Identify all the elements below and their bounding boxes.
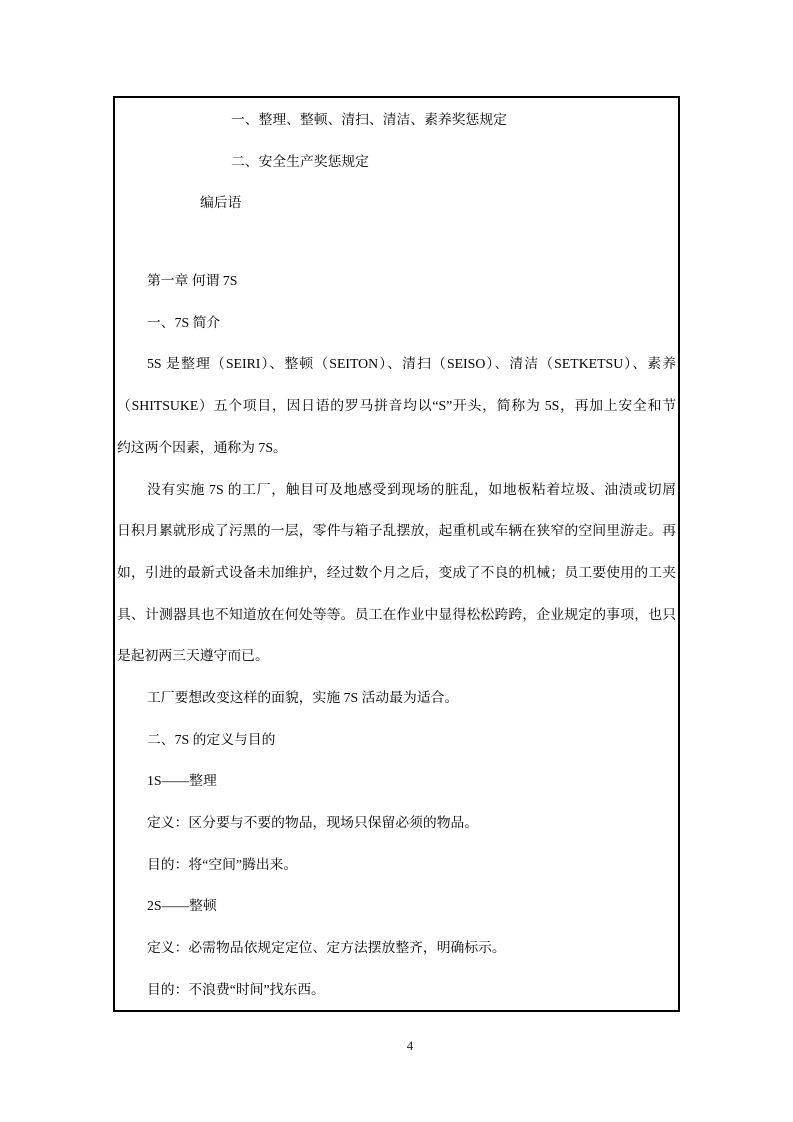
intro-paragraph-line-3: 约这两个因素，通称为 7S。 (117, 427, 676, 469)
conclusion-line: 工厂要想改变这样的面貌，实施 7S 活动最为适合。 (117, 677, 676, 719)
problem-paragraph-line-2: 日积月累就形成了污黑的一层，零件与箱子乱摆放，起重机或车辆在狭窄的空间里游走。再 (117, 510, 676, 552)
page-number: 4 (0, 1036, 793, 1056)
section-2-heading: 二、7S 的定义与目的 (117, 719, 676, 761)
document-page: 一、整理、整顿、清扫、清洁、素养奖惩规定 二、安全生产奖惩规定 编后语 第一章 … (0, 0, 793, 1122)
problem-paragraph-line-3: 如，引进的最新式设备未加维护，经过数个月之后，变成了不良的机械；员工要使用的工夹 (117, 552, 676, 594)
toc-item-1: 一、整理、整顿、清扫、清洁、素养奖惩规定 (117, 99, 676, 141)
s2-definition: 定义：必需物品依规定定位、定方法摆放整齐，明确标示。 (117, 927, 676, 969)
s1-purpose: 目的：将“空间”腾出来。 (117, 844, 676, 886)
content-border-box: 一、整理、整顿、清扫、清洁、素养奖惩规定 二、安全生产奖惩规定 编后语 第一章 … (113, 96, 680, 1012)
problem-paragraph-line-5: 是起初两三天遵守而已。 (117, 635, 676, 677)
afterword-heading: 编后语 (117, 182, 676, 224)
s2-purpose: 目的：不浪费“时间”找东西。 (117, 969, 676, 1011)
intro-paragraph-line-1: 5S 是整理（SEIRI）、整顿（SEITON）、清扫（SEISO）、清洁（SE… (117, 343, 676, 385)
s1-definition: 定义：区分要与不要的物品，现场只保留必须的物品。 (117, 802, 676, 844)
blank-line (117, 224, 676, 260)
intro-paragraph-line-2: （SHITSUKE）五个项目，因日语的罗马拼音均以“S”开头，简称为 5S，再加… (117, 385, 676, 427)
problem-paragraph-line-1: 没有实施 7S 的工厂，触目可及地感受到现场的脏乱，如地板粘着垃圾、油渍或切屑等… (117, 469, 676, 511)
chapter-heading: 第一章 何谓 7S (117, 260, 676, 302)
s2-title: 2S——整顿 (117, 885, 676, 927)
problem-paragraph-line-4: 具、计测器具也不知道放在何处等等。员工在作业中显得松松跨跨，企业规定的事项，也只 (117, 594, 676, 636)
toc-item-2: 二、安全生产奖惩规定 (117, 141, 676, 183)
section-1-heading: 一、7S 简介 (117, 302, 676, 344)
s1-title: 1S——整理 (117, 760, 676, 802)
